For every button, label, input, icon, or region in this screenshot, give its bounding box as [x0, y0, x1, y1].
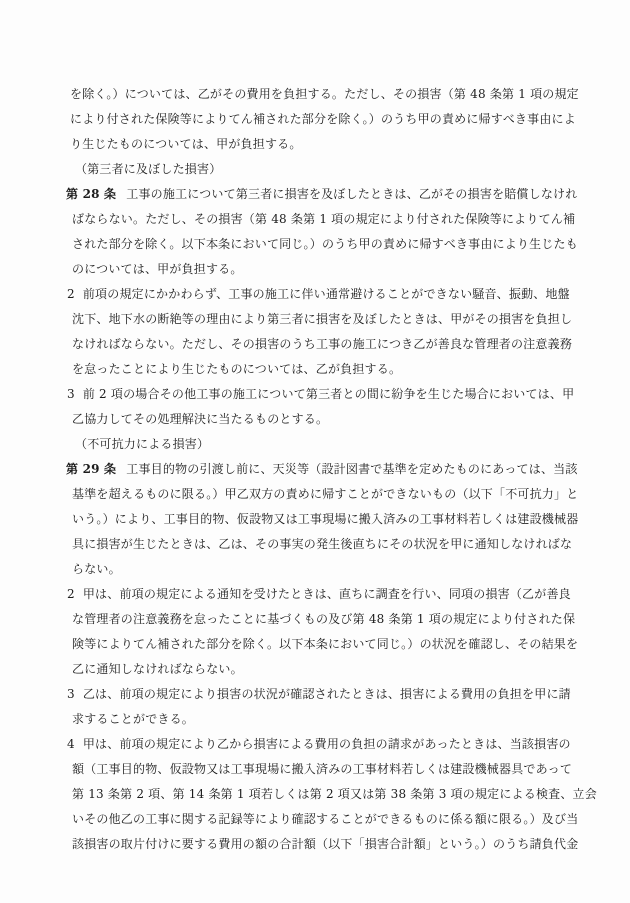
text-line: 第 28 条工事の施工について第三者に損害を及ぼしたときは、乙がその損害を賠償し…: [66, 182, 568, 207]
text-line: 額（工事目的物、仮設物又は工事現場に搬入済みの工事材料若しくは建設機械器具であっ…: [72, 757, 568, 782]
text-line: 乙協力してその処理解決に当たるものとする。: [72, 407, 568, 432]
text-line: な管理者の注意義務を怠ったことに基づくもの及び第 48 条第 1 項の規定により…: [72, 607, 568, 632]
text-line: 3乙は、前項の規定により損害の状況が確認されたときは、損害による費用の負担を甲に…: [67, 682, 568, 707]
text-line: 具に損害が生じたときは、乙は、その事実の発生後直ちにその状況を甲に通知しなければ…: [72, 532, 568, 557]
text-line: 険等によりてん補された部分を除く。以下本条において同じ。）の状況を確認し、その結…: [72, 632, 568, 657]
text-line: 第 29 条工事目的物の引渡し前に、天災等（設計図書で基準を定めたものにあっては…: [66, 457, 568, 482]
text-line: 乙に通知しなければならない。: [72, 657, 568, 682]
text-line: された部分を除く。以下本条において同じ。）のうち甲の責めに帰すべき事由により生じ…: [72, 232, 568, 257]
contract-document-page: を除く。）については、乙がその費用を負担する。ただし、その損害（第 48 条第 …: [0, 0, 630, 903]
text-line: 4甲は、前項の規定により乙から損害による費用の負担の請求があったときは、当該損害…: [67, 732, 568, 757]
text-line: 3前 2 項の場合その他工事の施工について第三者との間に紛争を生じた場合において…: [67, 382, 568, 407]
item-number: 3: [67, 687, 75, 701]
text-line: いその他乙の工事に関する記録等により確認することができるものに係る額に限る。）及…: [72, 807, 568, 832]
section-caption: （不可抗力による損害）: [75, 432, 568, 457]
text-line: を怠ったことにより生じたものについては、乙が負担する。: [72, 357, 568, 382]
line-text: 前項の規定にかかわらず、工事の施工に伴い通常避けることができない騒音、振動、地盤: [83, 287, 570, 301]
item-number: 2: [67, 287, 75, 301]
text-line: を除く。）については、乙がその費用を負担する。ただし、その損害（第 48 条第 …: [70, 82, 568, 107]
article-number: 第 28 条: [66, 187, 116, 201]
text-line: のについては、甲が負担する。: [72, 257, 568, 282]
line-text: 工事の施工について第三者に損害を及ぼしたときは、乙がその損害を賠償しなけれ: [126, 187, 577, 201]
text-line: り生じたものについては、甲が負担する。: [70, 132, 568, 157]
text-line: ばならない。ただし、その損害（第 48 条第 1 項の規定により付された保険等に…: [72, 207, 568, 232]
line-text: 前 2 項の場合その他工事の施工について第三者との間に紛争を生じた場合においては…: [83, 387, 574, 401]
line-text: 乙は、前項の規定により損害の状況が確認されたときは、損害による費用の負担を甲に請: [83, 687, 571, 701]
text-line: 第 13 条第 2 項、第 14 条第 1 項若しくは第 2 項又は第 38 条…: [72, 782, 568, 807]
line-text: 工事目的物の引渡し前に、天災等（設計図書で基準を定めたものにあっては、当該: [126, 462, 577, 476]
text-line: 求することができる。: [72, 707, 568, 732]
text-line: により付された保険等によりてん補された部分を除く。）のうち甲の責めに帰すべき事由…: [70, 107, 568, 132]
section-caption: （第三者に及ぼした損害）: [75, 157, 568, 182]
text-line: いう。）により、工事目的物、仮設物又は工事現場に搬入済みの工事材料若しくは建設機…: [72, 507, 568, 532]
article-number: 第 29 条: [66, 462, 116, 476]
text-line: なければならない。ただし、その損害のうち工事の施工につき乙が善良な管理者の注意義…: [72, 332, 568, 357]
text-line: 基準を超えるものに限る。）甲乙双方の責めに帰すことができないもの（以下「不可抗力…: [72, 482, 568, 507]
text-line: らない。: [72, 557, 568, 582]
item-number: 2: [67, 587, 75, 601]
item-number: 3: [67, 387, 75, 401]
item-number: 4: [67, 737, 75, 751]
line-text: 甲は、前項の規定により乙から損害による費用の負担の請求があったときは、当該損害の: [83, 737, 571, 751]
line-text: 甲は、前項の規定による通知を受けたときは、直ちに調査を行い、同項の損害（乙が善良: [83, 587, 571, 601]
text-line: 該損害の取片付けに要する費用の額の合計額（以下「損害合計額」という。）のうち請負…: [72, 832, 568, 857]
text-line: 2前項の規定にかかわらず、工事の施工に伴い通常避けることができない騒音、振動、地…: [67, 282, 568, 307]
text-line: 沈下、地下水の断絶等の理由により第三者に損害を及ぼしたときは、甲がその損害を負担…: [72, 307, 568, 332]
text-line: 2甲は、前項の規定による通知を受けたときは、直ちに調査を行い、同項の損害（乙が善…: [67, 582, 568, 607]
